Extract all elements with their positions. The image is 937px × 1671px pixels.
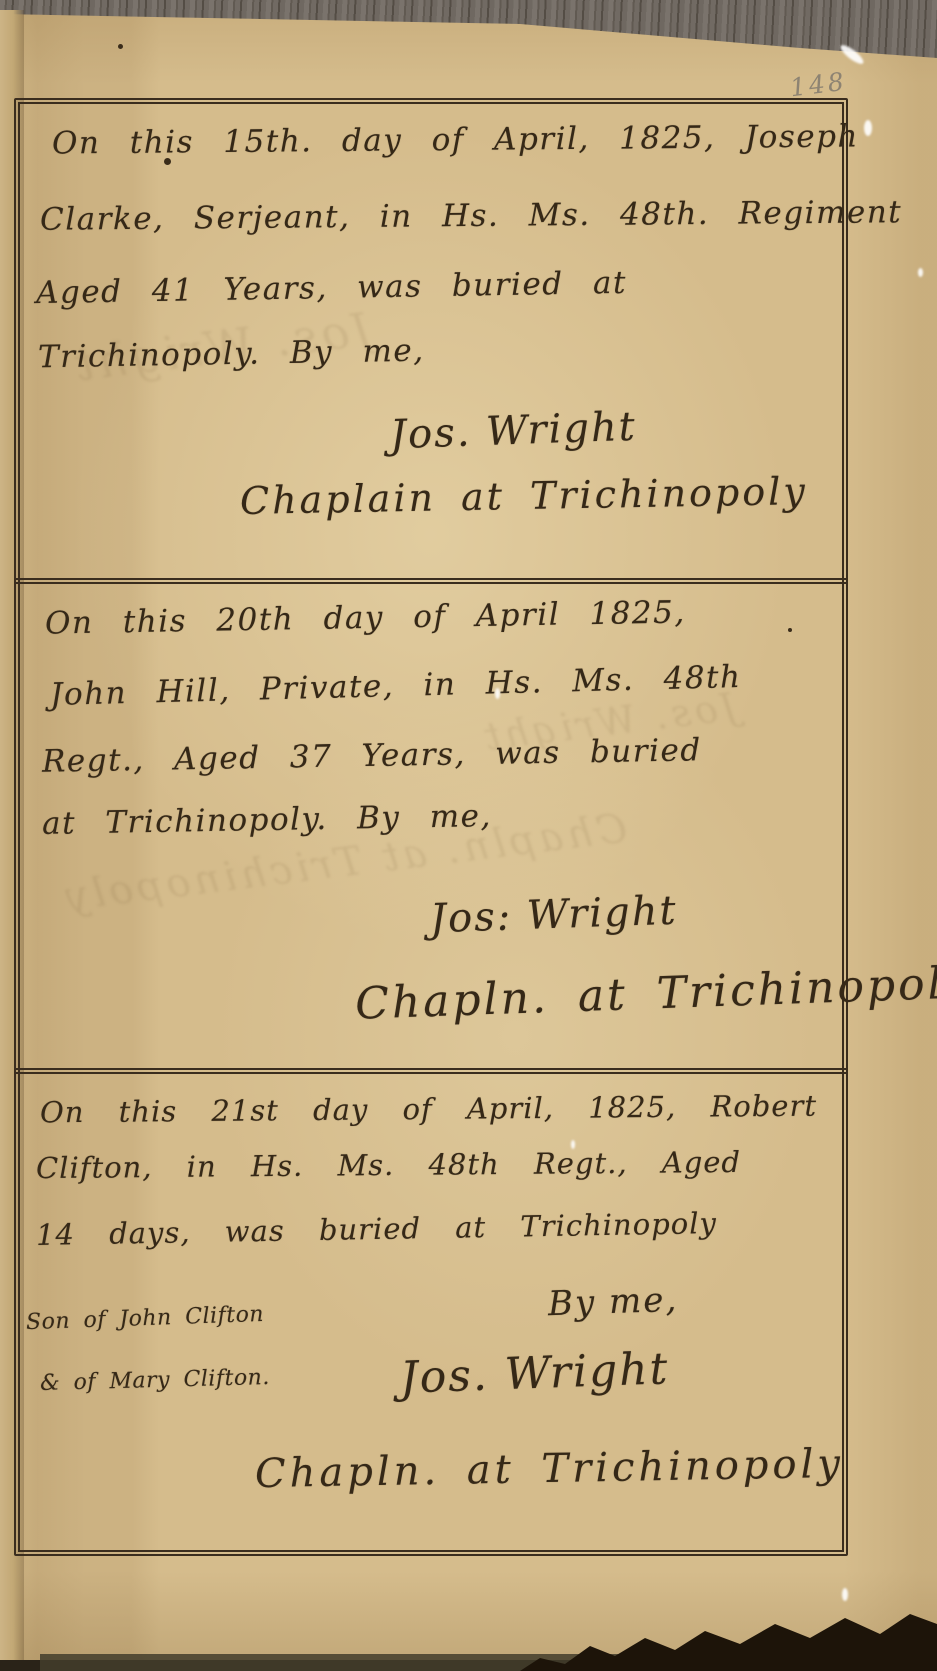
register-line: On this 21st day of April, 1825, Robert (40, 1089, 817, 1130)
glare-speck (571, 1140, 575, 1149)
glare-speck (864, 120, 872, 136)
entry-divider (14, 1068, 848, 1074)
register-line: Clarke, Serjeant, in Hs. Ms. 48th. Regim… (40, 194, 902, 238)
photo-canvas: Jos. Wright Chapln. at Trichinopoly Jos.… (0, 0, 937, 1671)
ink-blot (118, 44, 123, 49)
entry-divider (14, 578, 848, 584)
register-line: On this 15th. day of April, 1825, Joseph (52, 118, 859, 161)
ink-blot (164, 158, 171, 165)
glare-speck (918, 268, 923, 277)
chaplain-signature: Jos. Wright (389, 404, 637, 459)
torn-page-edge (0, 1576, 937, 1671)
chaplain-signature: Jos: Wright (429, 888, 678, 943)
glare-speck (495, 688, 500, 699)
by-me-text: By me, (547, 1280, 678, 1325)
tear-shape (520, 1614, 937, 1671)
register-line: Trichinopoly. By me, (38, 333, 425, 376)
register-line: Clifton, in Hs. Ms. 48th Regt., Aged (36, 1145, 741, 1185)
chaplain-signature: Jos. Wright (399, 1343, 670, 1403)
ink-blot (788, 628, 792, 632)
